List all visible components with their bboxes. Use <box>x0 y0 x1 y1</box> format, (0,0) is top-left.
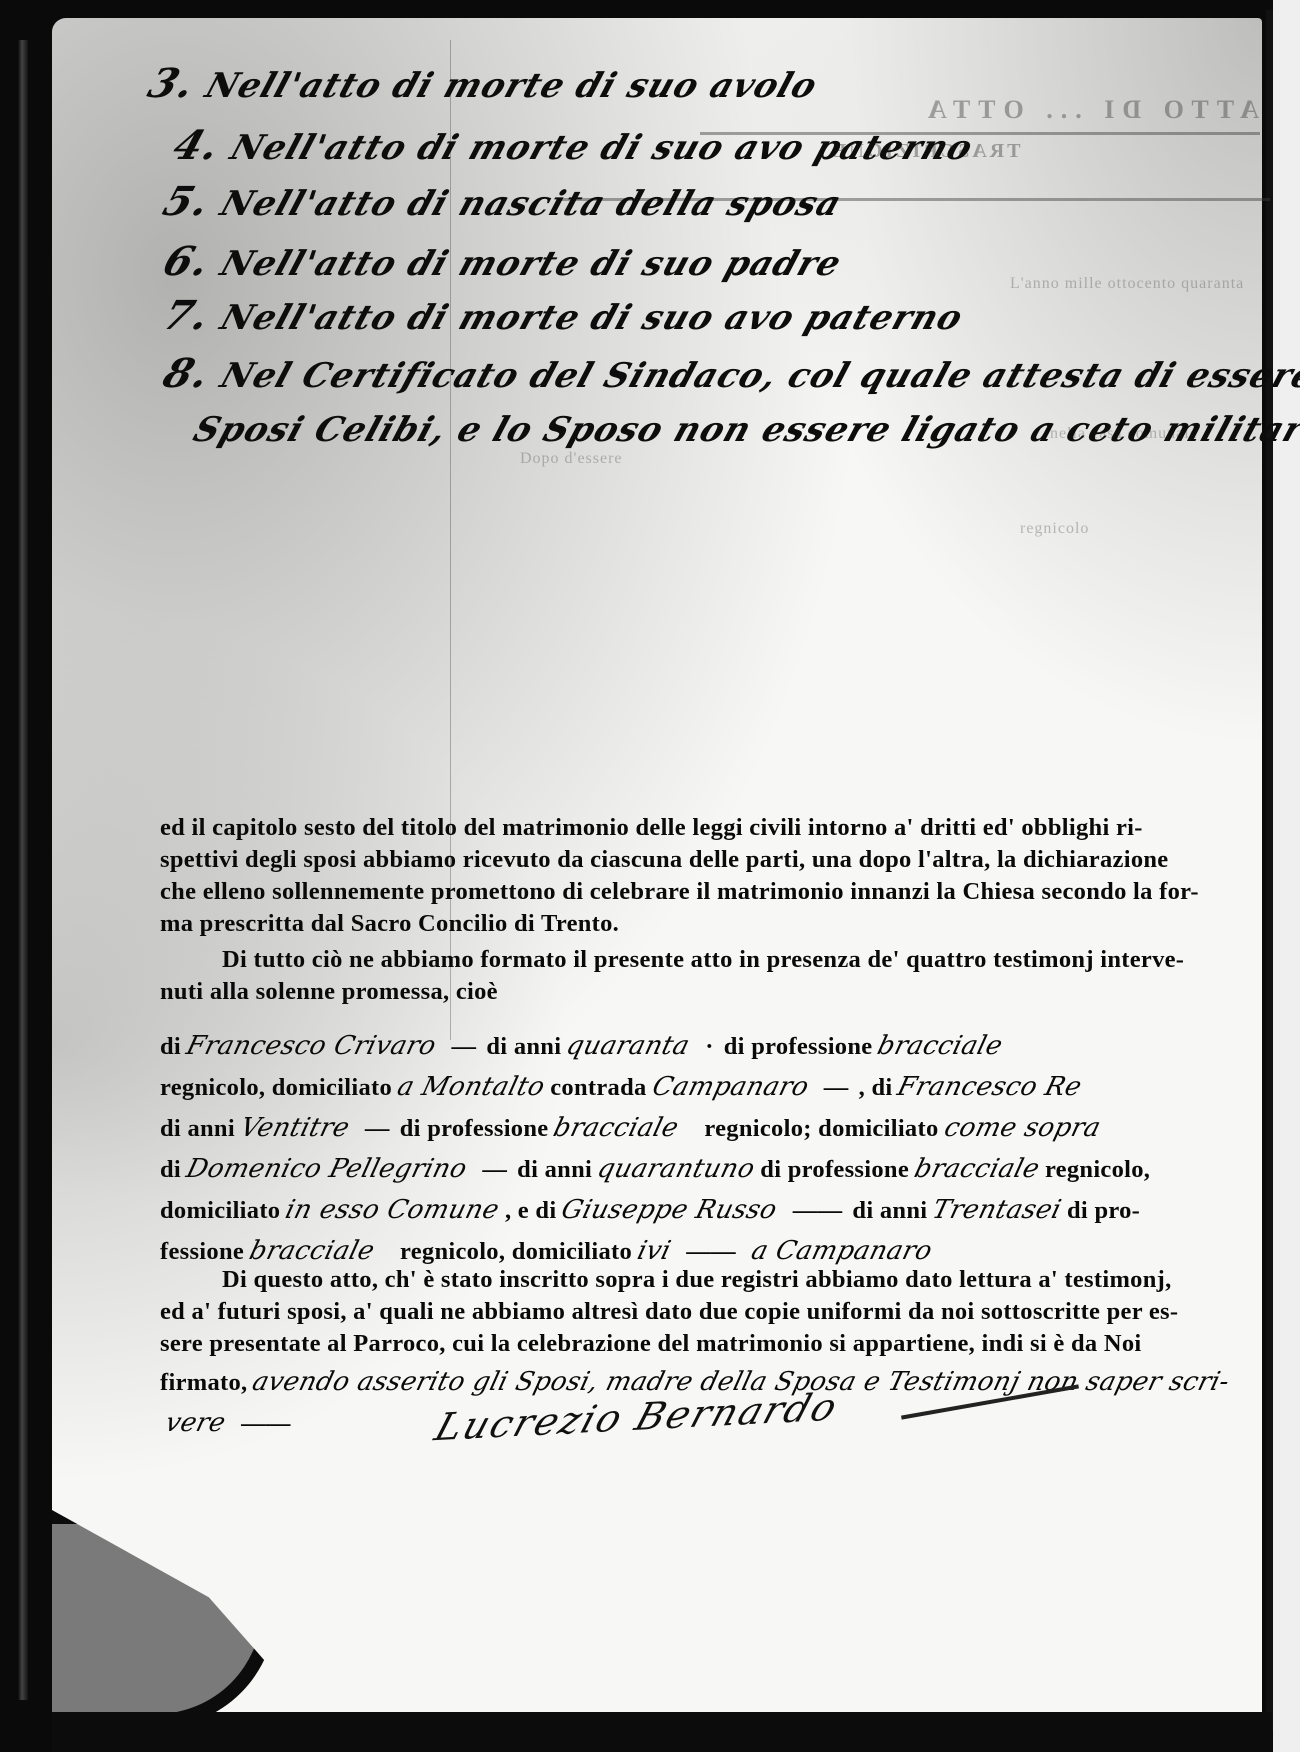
witness-4-age: Trentasei <box>928 1190 1066 1230</box>
handwritten-entry-7: 7.Nell'atto di morte di suo avo paterno <box>157 292 970 339</box>
witness-1-domicile: a Montalto <box>393 1067 549 1107</box>
witness-2-name: Francesco Re <box>893 1067 1086 1107</box>
witness-1-name: Francesco Crivaro <box>182 1026 440 1066</box>
witness-3-age: quarantuno <box>593 1149 759 1189</box>
witness-1-contrada: Campanaro <box>648 1067 813 1107</box>
witness-2-profession: bracciale <box>549 1108 683 1148</box>
witness-line-4: diDomenico Pellegrino—di anniquarantunod… <box>160 1149 1280 1190</box>
witness-block: diFrancesco Crivaro—di anniquaranta·di p… <box>160 1026 1280 1272</box>
handwritten-entry-3: 3.Nell'atto di morte di suo avolo <box>142 60 824 107</box>
handwritten-entry-5: 5.Nell'atto di nascita della sposa <box>157 178 848 225</box>
printed-paragraph-3: Di questo atto, ch' è stato inscritto so… <box>160 1264 1280 1360</box>
book-spine-edge <box>18 40 28 1700</box>
ghost-fragment-4: regnicolo <box>1020 520 1089 538</box>
witness-line-2: regnicolo, domiciliatoa Montaltocontrada… <box>160 1067 1280 1108</box>
witness-line-3: di anniVentitre—di professionebraccialer… <box>160 1108 1280 1149</box>
witness-2-domicile: come sopra <box>940 1108 1105 1148</box>
handwritten-entry-8-cont: Sposi Celibi, e lo Sposo non essere liga… <box>189 410 1300 450</box>
handwritten-entry-6: 6.Nell'atto di morte di suo padre <box>157 238 848 285</box>
witness-3-name: Domenico Pellegrino <box>182 1149 471 1189</box>
ghost-form-title: ATTO DI ... OTTA <box>920 95 1259 125</box>
ghost-fragment-3: Dopo d'essere <box>520 450 623 468</box>
page-bottom-shadow <box>52 1712 1272 1752</box>
witness-1-age: quaranta <box>562 1026 694 1066</box>
witness-line-5: domiciliatoin esso Comune, e diGiuseppe … <box>160 1190 1280 1231</box>
witness-3-profession: bracciale <box>910 1149 1044 1189</box>
closing-handwritten-note-cont: vere <box>161 1403 230 1443</box>
witness-2-age: Ventitre <box>236 1108 354 1148</box>
handwritten-entry-8: 8.Nel Certificato del Sindaco, col quale… <box>157 350 1300 397</box>
ghost-fragment-1: L'anno mille ottocento quaranta <box>1010 275 1244 293</box>
witness-3-domicile: in esso Comune <box>281 1190 504 1230</box>
witness-4-name: Giuseppe Russo <box>557 1190 781 1230</box>
handwritten-entry-4: 4.Nell'atto di morte di suo avo paterno <box>167 122 980 169</box>
printed-paragraph-2: Di tutto ciò ne abbiamo formato il prese… <box>160 944 1280 1008</box>
witness-line-1: diFrancesco Crivaro—di anniquaranta·di p… <box>160 1026 1280 1067</box>
witness-1-profession: bracciale <box>873 1026 1007 1066</box>
printed-paragraph-1: ed il capitolo sesto del titolo del matr… <box>160 812 1280 940</box>
